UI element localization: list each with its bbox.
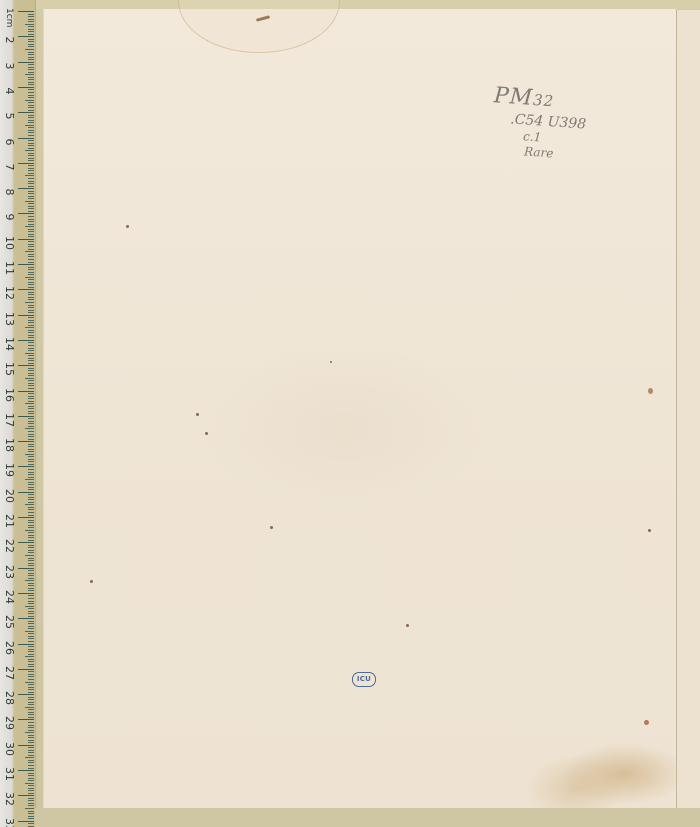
ruler-tick — [18, 391, 34, 392]
ruler-tick — [28, 752, 34, 753]
ruler-tick — [28, 423, 34, 424]
ruler-tick — [28, 532, 34, 533]
ruler-tick — [18, 441, 34, 442]
ruler-tick — [28, 224, 34, 225]
ruler-tick — [28, 269, 34, 270]
ruler-tick — [28, 755, 34, 756]
ruler-tick — [28, 97, 34, 98]
ruler-tick — [28, 816, 34, 817]
ruler-tick — [28, 601, 34, 602]
measuring-ruler: 1cm2345678910111213141516171819202122232… — [0, 0, 36, 827]
ruler-tick — [28, 95, 34, 96]
ruler-tick — [28, 636, 34, 637]
ruler-tick — [25, 479, 34, 480]
ruler-tick — [28, 456, 34, 457]
ruler-tick — [28, 818, 34, 819]
ruler-tick — [18, 618, 34, 619]
ruler-tick — [28, 671, 34, 672]
ruler-tick — [25, 808, 34, 809]
ruler-tick — [28, 803, 34, 804]
ruler-tick — [28, 385, 34, 386]
ruler-tick — [18, 593, 34, 594]
ruler-tick — [28, 588, 34, 589]
ruler-tick — [28, 279, 34, 280]
ruler-tick — [28, 158, 34, 159]
ruler-tick — [28, 578, 34, 579]
ruler-tick — [28, 234, 34, 235]
ruler-tick — [28, 127, 34, 128]
ruler-tick — [25, 757, 34, 758]
ruler-tick — [28, 26, 34, 27]
ruler-tick — [28, 426, 34, 427]
ruler-tick — [28, 654, 34, 655]
ruler-tick — [28, 611, 34, 612]
ruler-tick — [28, 449, 34, 450]
ruler-tick — [28, 41, 34, 42]
ruler-label: 15 — [3, 362, 15, 376]
back-page-edge — [672, 10, 700, 810]
ruler-tick — [28, 198, 34, 199]
ruler-tick — [28, 750, 34, 751]
ruler-label: 25 — [3, 615, 15, 629]
ruler-tick — [28, 798, 34, 799]
ruler-tick — [18, 517, 34, 518]
ruler-tick — [28, 714, 34, 715]
ruler-tick — [28, 527, 34, 528]
ruler-tick — [18, 87, 34, 88]
ruler-tick — [28, 256, 34, 257]
ruler-tick — [18, 289, 34, 290]
ruler-tick — [25, 656, 34, 657]
ruler-tick — [28, 742, 34, 743]
ruler-tick — [18, 36, 34, 37]
ruler-tick — [28, 800, 34, 801]
ruler-tick — [18, 644, 34, 645]
ruler-tick — [28, 72, 34, 73]
ruler-tick — [28, 737, 34, 738]
ruler-tick — [28, 608, 34, 609]
ruler-tick — [18, 466, 34, 467]
ruler-tick — [28, 487, 34, 488]
ruler-tick — [25, 555, 34, 556]
ruler-tick — [28, 148, 34, 149]
ruler-tick — [28, 522, 34, 523]
ruler-tick — [28, 659, 34, 660]
ruler-tick — [28, 57, 34, 58]
ruler-tick — [28, 64, 34, 65]
ruler-tick — [28, 297, 34, 298]
ruler-tick — [28, 330, 34, 331]
ruler-tick — [28, 84, 34, 85]
ruler-tick — [28, 704, 34, 705]
ruler-tick — [28, 461, 34, 462]
ruler-tick — [25, 277, 34, 278]
ruler-tick — [28, 79, 34, 80]
ruler-tick — [28, 178, 34, 179]
ruler-tick — [28, 46, 34, 47]
ruler-tick — [28, 676, 34, 677]
ruler-tick — [18, 416, 34, 417]
ruler-tick — [28, 687, 34, 688]
ruler-tick — [25, 327, 34, 328]
ruler-tick — [28, 370, 34, 371]
ruler-tick — [28, 102, 34, 103]
ruler-tick — [28, 469, 34, 470]
ruler-tick — [25, 226, 34, 227]
ruler-label: 19 — [3, 463, 15, 477]
ruler-tick — [28, 143, 34, 144]
ruler-tick — [28, 474, 34, 475]
ruler-label: 3 — [3, 59, 15, 73]
ruler-tick — [28, 380, 34, 381]
ruler-tick — [28, 590, 34, 591]
ruler-tick — [28, 44, 34, 45]
ruler-tick — [25, 49, 34, 50]
ruler-tick — [28, 140, 34, 141]
ruler-label: 1cm — [3, 8, 15, 22]
ruler-tick — [28, 193, 34, 194]
ruler-tick — [28, 181, 34, 182]
ruler-tick — [28, 434, 34, 435]
ruler-tick — [28, 768, 34, 769]
ruler-tick — [28, 186, 34, 187]
ruler-tick — [28, 110, 34, 111]
ruler-tick — [28, 717, 34, 718]
ruler-tick — [28, 709, 34, 710]
ruler-tick — [28, 760, 34, 761]
ruler-tick — [25, 125, 34, 126]
ruler-tick — [28, 244, 34, 245]
ruler-tick — [28, 436, 34, 437]
ruler-tick — [28, 350, 34, 351]
ruler-tick — [25, 353, 34, 354]
ruler-tick — [28, 552, 34, 553]
ruler-label: 8 — [3, 185, 15, 199]
ruler-tick — [28, 320, 34, 321]
ruler-tick — [28, 89, 34, 90]
ruler-tick — [25, 74, 34, 75]
ruler-tick — [28, 282, 34, 283]
ruler-tick — [18, 11, 34, 12]
ruler-tick — [28, 477, 34, 478]
handwritten-call-number: PM32 .C54 U398 c.1 Rare — [490, 84, 635, 167]
ruler-tick — [18, 163, 34, 164]
ruler-tick — [28, 19, 34, 20]
ruler-tick — [28, 191, 34, 192]
ruler-tick — [28, 558, 34, 559]
foxing-spot — [406, 624, 409, 627]
ruler-tick — [28, 173, 34, 174]
ruler-tick — [18, 340, 34, 341]
ruler-tick — [28, 231, 34, 232]
ruler-tick — [28, 406, 34, 407]
ruler-tick — [28, 813, 34, 814]
ruler-label: 6 — [3, 135, 15, 149]
scanner-bottom-edge — [35, 808, 700, 827]
ruler-tick — [28, 332, 34, 333]
ruler-tick — [28, 310, 34, 311]
ruler-tick — [28, 788, 34, 789]
ruler-tick — [28, 730, 34, 731]
ruler-tick — [28, 120, 34, 121]
ruler-tick — [28, 785, 34, 786]
ruler-label: 17 — [3, 413, 15, 427]
call-number-class-number: 32 — [532, 91, 554, 110]
ruler-tick — [25, 631, 34, 632]
ruler-label: 31 — [3, 767, 15, 781]
ruler-tick — [28, 345, 34, 346]
ruler-label: 5 — [3, 109, 15, 123]
ruler-tick — [28, 29, 34, 30]
ruler-tick — [18, 821, 34, 822]
ruler-tick — [28, 360, 34, 361]
ruler-tick — [28, 408, 34, 409]
ruler-tick — [28, 520, 34, 521]
ruler-tick — [25, 732, 34, 733]
ruler-tick — [28, 373, 34, 374]
ruler-tick — [28, 368, 34, 369]
ruler-tick — [25, 403, 34, 404]
ruler-tick — [28, 664, 34, 665]
ruler-tick — [28, 219, 34, 220]
ruler-tick — [28, 585, 34, 586]
foxing-spot — [196, 413, 199, 416]
ruler-label: 11 — [3, 261, 15, 275]
ruler-tick — [28, 92, 34, 93]
ruler-tick — [18, 542, 34, 543]
ruler-tick — [28, 674, 34, 675]
ruler-tick — [28, 489, 34, 490]
ruler-tick — [25, 24, 34, 25]
ruler-tick — [25, 606, 34, 607]
ruler-tick — [28, 206, 34, 207]
ruler-tick — [25, 707, 34, 708]
ruler-tick — [18, 62, 34, 63]
ruler-tick — [28, 446, 34, 447]
ruler-tick — [28, 633, 34, 634]
ruler-label: 24 — [3, 590, 15, 604]
ruler-tick — [28, 241, 34, 242]
ruler-tick — [28, 712, 34, 713]
ruler-tick — [28, 77, 34, 78]
ruler-tick — [25, 682, 34, 683]
ruler-tick — [18, 239, 34, 240]
ruler-label: 32 — [3, 792, 15, 806]
ruler-tick — [28, 52, 34, 53]
ruler-tick — [28, 413, 34, 414]
ruler-tick — [28, 616, 34, 617]
ruler-label: 30 — [3, 742, 15, 756]
ruler-label: 10 — [3, 236, 15, 250]
ruler-tick — [28, 254, 34, 255]
ruler-tick — [28, 775, 34, 776]
ruler-tick — [28, 262, 34, 263]
ruler-label: 2 — [3, 33, 15, 47]
ruler-tick — [28, 535, 34, 536]
ruler-tick — [28, 547, 34, 548]
ruler-tick — [18, 213, 34, 214]
ruler-label: 18 — [3, 438, 15, 452]
ruler-tick — [28, 537, 34, 538]
ruler-tick — [28, 221, 34, 222]
ruler-tick — [28, 155, 34, 156]
ruler-tick — [28, 697, 34, 698]
ruler-tick — [28, 294, 34, 295]
ruler-label: 22 — [3, 539, 15, 553]
ruler-tick — [25, 504, 34, 505]
ruler-tick — [28, 765, 34, 766]
ruler-tick — [28, 570, 34, 571]
ruler-tick — [28, 322, 34, 323]
ruler-tick — [28, 153, 34, 154]
ruler-tick — [28, 183, 34, 184]
ruler-tick — [28, 229, 34, 230]
ruler-tick — [28, 122, 34, 123]
ruler-label: 4 — [3, 84, 15, 98]
ruler-tick — [28, 525, 34, 526]
ruler-tick — [28, 623, 34, 624]
ruler-tick — [28, 160, 34, 161]
ruler-label: 14 — [3, 337, 15, 351]
ruler-tick — [25, 175, 34, 176]
ruler-tick — [28, 398, 34, 399]
ruler-tick — [28, 692, 34, 693]
ruler-tick — [28, 598, 34, 599]
ruler-tick — [28, 778, 34, 779]
ruler-tick — [28, 573, 34, 574]
ruler-tick — [28, 54, 34, 55]
ruler-tick — [25, 783, 34, 784]
ruler-tick — [28, 444, 34, 445]
ruler-tick — [28, 292, 34, 293]
ruler-tick — [18, 694, 34, 695]
ruler-tick — [28, 472, 34, 473]
ruler-tick — [28, 168, 34, 169]
ruler-tick — [28, 805, 34, 806]
ruler-tick — [28, 515, 34, 516]
ruler-label: 23 — [3, 565, 15, 579]
ruler-tick — [28, 130, 34, 131]
ruler-tick — [28, 773, 34, 774]
ruler-tick — [28, 563, 34, 564]
ruler-tick — [28, 117, 34, 118]
ruler-tick — [18, 492, 34, 493]
ruler-tick — [18, 770, 34, 771]
ruler-tick — [28, 747, 34, 748]
ruler-tick — [28, 793, 34, 794]
ruler-tick — [28, 661, 34, 662]
ruler-tick — [28, 284, 34, 285]
ruler-tick — [28, 396, 34, 397]
ruler-tick — [28, 307, 34, 308]
ruler-tick — [18, 315, 34, 316]
ruler-tick — [28, 560, 34, 561]
ruler-tick — [28, 722, 34, 723]
foxing-spot — [90, 580, 93, 583]
ruler-tick — [28, 439, 34, 440]
ruler-tick — [28, 735, 34, 736]
ruler-tick — [28, 646, 34, 647]
ruler-tick — [18, 138, 34, 139]
ruler-tick — [28, 348, 34, 349]
ruler-tick — [28, 464, 34, 465]
ruler-tick — [28, 274, 34, 275]
ruler-label: 12 — [3, 286, 15, 300]
ruler-tick — [25, 428, 34, 429]
ruler-label: 9 — [3, 210, 15, 224]
ruler-tick — [28, 628, 34, 629]
ruler-tick — [28, 811, 34, 812]
library-stamp: ICU — [352, 672, 376, 687]
ruler-label: 33 — [3, 818, 15, 827]
stain-ring — [178, 0, 340, 53]
ruler-tick — [28, 651, 34, 652]
ruler-tick — [28, 823, 34, 824]
ruler-label: 13 — [3, 312, 15, 326]
ruler-tick — [28, 740, 34, 741]
ruler-tick — [28, 312, 34, 313]
ruler-tick — [25, 201, 34, 202]
ruler-tick — [25, 100, 34, 101]
ruler-tick — [28, 689, 34, 690]
ruler-tick — [18, 795, 34, 796]
ruler-tick — [28, 679, 34, 680]
ruler-tick — [28, 575, 34, 576]
ruler-tick — [28, 540, 34, 541]
ruler-tick — [28, 31, 34, 32]
ruler-tick — [28, 375, 34, 376]
ruler-tick — [28, 780, 34, 781]
ruler-tick — [28, 145, 34, 146]
ruler-tick — [28, 595, 34, 596]
ruler-tick — [28, 299, 34, 300]
ruler-tick — [25, 251, 34, 252]
ruler-tick — [28, 16, 34, 17]
ruler-tick — [28, 67, 34, 68]
ruler-tick — [28, 305, 34, 306]
ruler-tick — [28, 388, 34, 389]
ruler-tick — [28, 335, 34, 336]
ruler-tick — [28, 762, 34, 763]
ruler-tick — [28, 355, 34, 356]
ruler-tick — [28, 165, 34, 166]
ruler-tick — [28, 550, 34, 551]
document-page: PM32 .C54 U398 c.1 Rare ICU — [44, 9, 676, 808]
ruler-tick — [18, 568, 34, 569]
ruler-tick — [28, 790, 34, 791]
ruler-tick — [28, 626, 34, 627]
ruler-tick — [28, 69, 34, 70]
ruler-tick — [28, 431, 34, 432]
ruler-tick — [28, 484, 34, 485]
ruler-tick — [28, 383, 34, 384]
ruler-tick — [28, 502, 34, 503]
ruler-tick — [28, 34, 34, 35]
ruler-tick — [28, 259, 34, 260]
ruler-tick — [18, 112, 34, 113]
ruler-tick — [18, 365, 34, 366]
ruler-tick — [28, 170, 34, 171]
ruler-tick — [28, 482, 34, 483]
ruler-label: 26 — [3, 641, 15, 655]
ruler-label: 20 — [3, 489, 15, 503]
ruler-tick — [28, 132, 34, 133]
ruler-tick — [28, 14, 34, 15]
ruler-tick — [28, 196, 34, 197]
foxing-spot — [330, 361, 332, 363]
foxing-spot — [205, 432, 208, 435]
ruler-tick — [28, 249, 34, 250]
